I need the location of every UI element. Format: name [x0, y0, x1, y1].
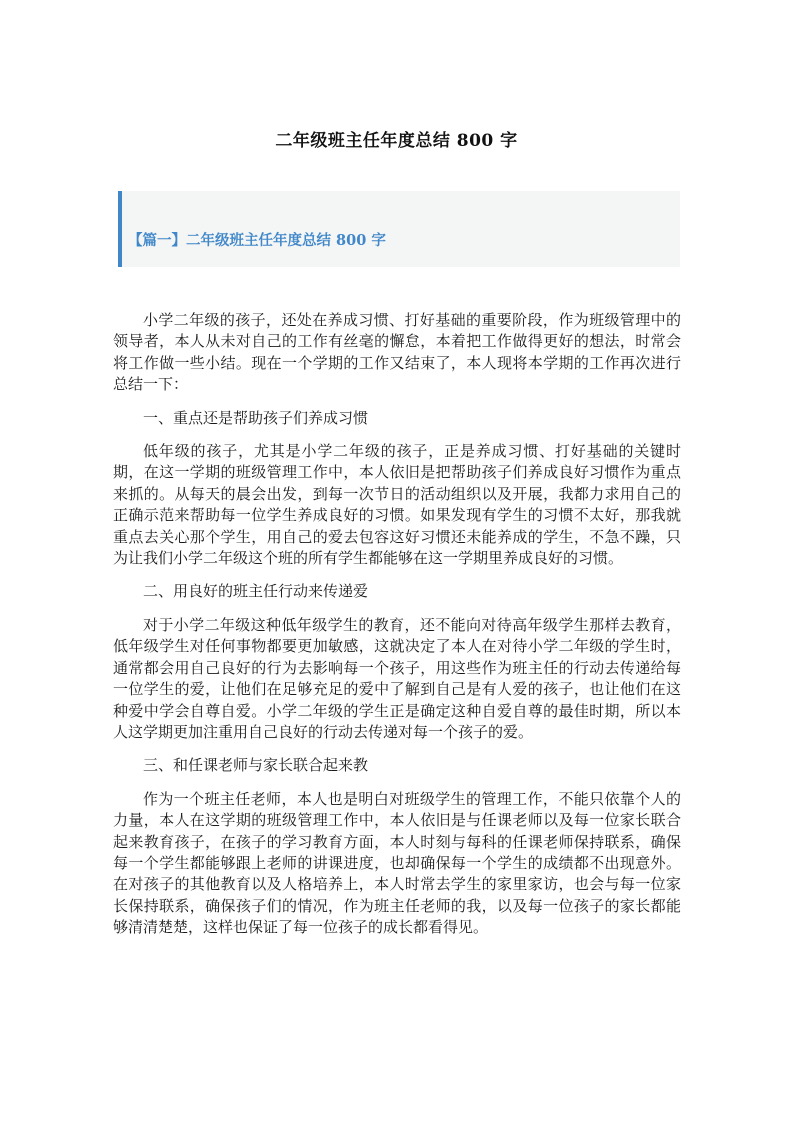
- paragraph-2: 对于小学二年级这种低年级学生的教育，还不能向对待高年级学生那样去教育，低年级学生…: [113, 615, 681, 743]
- document-title: 二年级班主任年度总结 800 字: [0, 126, 793, 151]
- section-heading-box: 【篇一】二年级班主任年度总结 800 字: [118, 191, 680, 267]
- subheading-1: 一、重点还是帮助孩子们养成习惯: [113, 408, 681, 429]
- document-body: 小学二年级的孩子，还处在养成习惯、打好基础的重要阶段，作为班级管理中的领导者，本…: [113, 310, 681, 951]
- subheading-2: 二、用良好的班主任行动来传递爱: [113, 581, 681, 602]
- section-heading: 【篇一】二年级班主任年度总结 800 字: [128, 229, 386, 250]
- paragraph-3: 作为一个班主任老师，本人也是明白对班级学生的管理工作，不能只依靠个人的力量，本人…: [113, 789, 681, 939]
- paragraph-1: 低年级的孩子，尤其是小学二年级的孩子，正是养成习惯、打好基础的关键时期，在这一学…: [113, 441, 681, 569]
- subheading-3: 三、和任课老师与家长联合起来教: [113, 755, 681, 776]
- intro-paragraph: 小学二年级的孩子，还处在养成习惯、打好基础的重要阶段，作为班级管理中的领导者，本…: [113, 310, 681, 396]
